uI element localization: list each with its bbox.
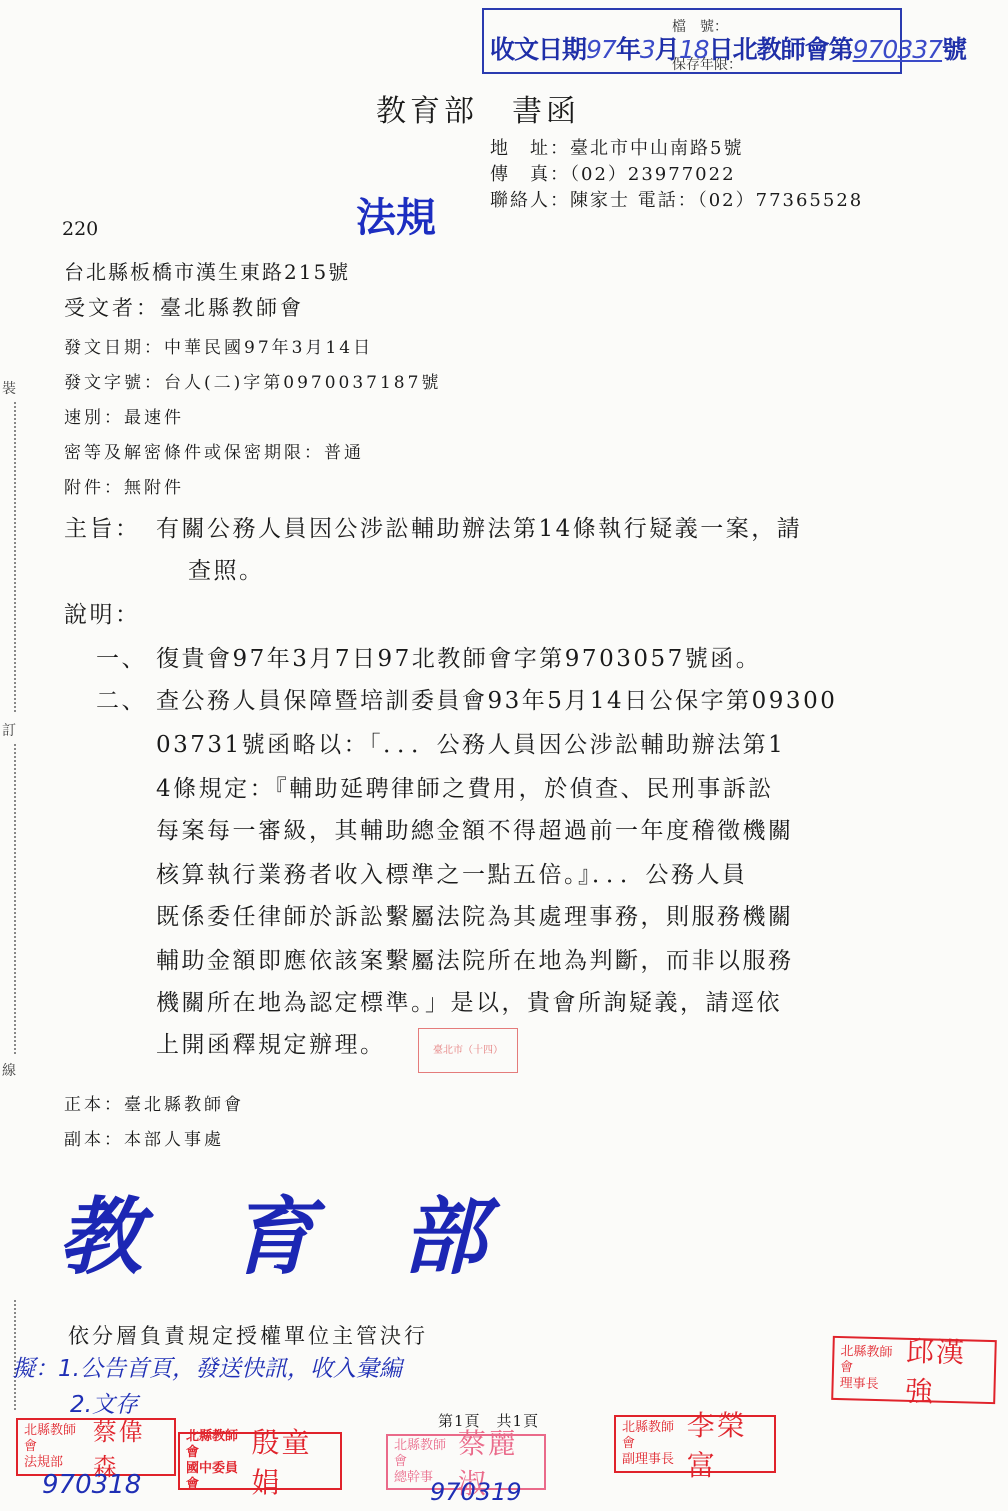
issue-date: 發文日期：中華民國97年3月14日 xyxy=(64,333,373,358)
official-seal: 臺北市（十四） xyxy=(418,1028,518,1073)
margin-mark-zhuang: 裝 xyxy=(2,378,16,398)
item-2-line: 機關所在地為認定標準。」是以，貴會所詢疑義，請逕依 xyxy=(156,984,782,1017)
subject-line-1: 有關公務人員因公涉訟輔助辦法第14條執行疑義一案，請 xyxy=(156,510,802,543)
item-2-marker: 二、 xyxy=(96,682,147,715)
stamp-title: 北縣教師會 國中委員會 xyxy=(186,1429,246,1493)
duplicate-copy: 副本：本部人事處 xyxy=(64,1125,224,1150)
year-label: 年 xyxy=(616,35,640,64)
item-2-line: 核算執行業務者收入標準之一點五倍。』．．．公務人員 xyxy=(156,856,748,889)
addressee: 受文者：臺北縣教師會 xyxy=(64,292,304,322)
attachments: 附件：無附件 xyxy=(64,473,184,498)
receipt-stamp: 檔 號： 保存年限： 收文日期97年3月18日北教師會第970337號 xyxy=(482,8,902,74)
stamp-org: 北縣教師會 xyxy=(622,1420,681,1452)
stamp-org: 北縣教師會 xyxy=(24,1423,87,1455)
stamp-org: 北縣教師會 xyxy=(394,1438,452,1470)
month-label: 月 xyxy=(655,35,679,64)
day-label: 日 xyxy=(709,35,733,64)
postal-code: 220 xyxy=(62,218,98,240)
stamp-name: 李榮富 xyxy=(687,1404,768,1484)
stamp-legal-dept: 北縣教師會 法規部 蔡偉森 xyxy=(16,1418,176,1476)
stamp-org: 北縣教師會 xyxy=(840,1344,900,1378)
item-2-line: 上開函釋規定辦理。 xyxy=(156,1026,386,1059)
item-2-line: 輔助金額即應依該案繫屬法院所在地為判斷，而非以服務 xyxy=(156,942,794,975)
receipt-stamp-text: 收文日期97年3月18日北教師會第970337號 xyxy=(490,30,966,66)
item-2-line: 4條規定：『輔助延聘律師之費用，於偵查、民刑事訴訟 xyxy=(156,770,774,803)
delivery-speed: 速別：最速件 xyxy=(64,403,184,428)
stamp-junior-high-committee: 北縣教師會 國中委員會 殷童娟 xyxy=(178,1432,342,1490)
item-2-line: 既係委任律師於訴訟繫屬法院為其處理事務，則服務機關 xyxy=(156,898,794,931)
stamp-role: 國中委員會 xyxy=(186,1461,246,1493)
authorization-note: 依分層負責規定授權單位主管決行 xyxy=(68,1320,428,1350)
stamp-role: 理事長 xyxy=(839,1376,899,1394)
receipt-day: 18 xyxy=(679,35,709,64)
stamp-role: 副理事長 xyxy=(622,1452,681,1468)
subject-line-2: 查照。 xyxy=(188,552,265,585)
item-2-line: 查公務人員保障暨培訓委員會93年5月14日公保字第09300 xyxy=(156,682,837,715)
stamp-name: 邱漢強 xyxy=(905,1330,990,1412)
classification: 密等及解密條件或保密期限：普通 xyxy=(64,438,364,463)
handwritten-date-secretary: 970319 xyxy=(430,1478,522,1506)
receipt-date-label: 收文日期 xyxy=(490,35,586,64)
original-copy: 正本：臺北縣教師會 xyxy=(64,1090,244,1115)
sender-fax: 傳 真：（02）23977022 xyxy=(490,160,736,186)
handwritten-instruction-1: 擬：1.公告首頁，發送快訊，收入彙編 xyxy=(12,1350,402,1383)
stamp-title: 北縣教師會 法規部 xyxy=(24,1423,87,1471)
item-1-marker: 一、 xyxy=(96,640,147,673)
binding-dotted-line xyxy=(14,744,18,1054)
margin-mark-ding: 訂 xyxy=(2,720,16,740)
routing-stamp: 法規 xyxy=(356,186,436,243)
receipt-year: 97 xyxy=(586,35,616,64)
document-title: 教育部 書函 xyxy=(376,86,580,130)
item-1-line: 復貴會97年3月7日97北教師會字第9703057號函。 xyxy=(156,640,761,673)
sender-contact: 聯絡人：陳家士 電話：（02）77365528 xyxy=(490,186,863,212)
item-2-line: 每案每一審級，其輔助總金額不得超過前一年度稽徵機關 xyxy=(156,812,794,845)
stamp-title: 北縣教師會 副理事長 xyxy=(622,1420,681,1468)
document-number: 發文字號：台人(二)字第0970037187號 xyxy=(64,368,441,393)
explanation-label: 說明： xyxy=(64,596,141,629)
receipt-number: 970337 xyxy=(853,35,942,64)
binding-dotted-line xyxy=(14,402,18,712)
stamp-name: 殷童娟 xyxy=(252,1421,334,1501)
item-2-line: 03731號函略以：「．．．公務人員因公涉訟輔助辦法第1 xyxy=(156,726,785,759)
stamp-chairman: 北縣教師會 理事長 邱漢強 xyxy=(831,1336,997,1404)
stamp-vice-chairman: 北縣教師會 副理事長 李榮富 xyxy=(614,1415,776,1473)
subject-label: 主旨： xyxy=(64,510,141,543)
receipt-org-label: 北教師會第 xyxy=(733,35,853,64)
receipt-month: 3 xyxy=(640,35,655,64)
sender-address: 地 址：臺北市中山南路5號 xyxy=(490,134,743,160)
stamp-title: 北縣教師會 理事長 xyxy=(839,1344,900,1394)
stamp-org: 北縣教師會 xyxy=(186,1429,246,1461)
handwritten-date-legal: 970318 xyxy=(42,1470,141,1500)
margin-mark-xian: 線 xyxy=(2,1060,16,1080)
number-suffix: 號 xyxy=(942,35,966,64)
ministry-signature: 教育部 xyxy=(58,1170,574,1291)
stamp-role: 法規部 xyxy=(24,1455,87,1471)
recipient-address: 台北縣板橋市漢生東路215號 xyxy=(64,256,350,285)
